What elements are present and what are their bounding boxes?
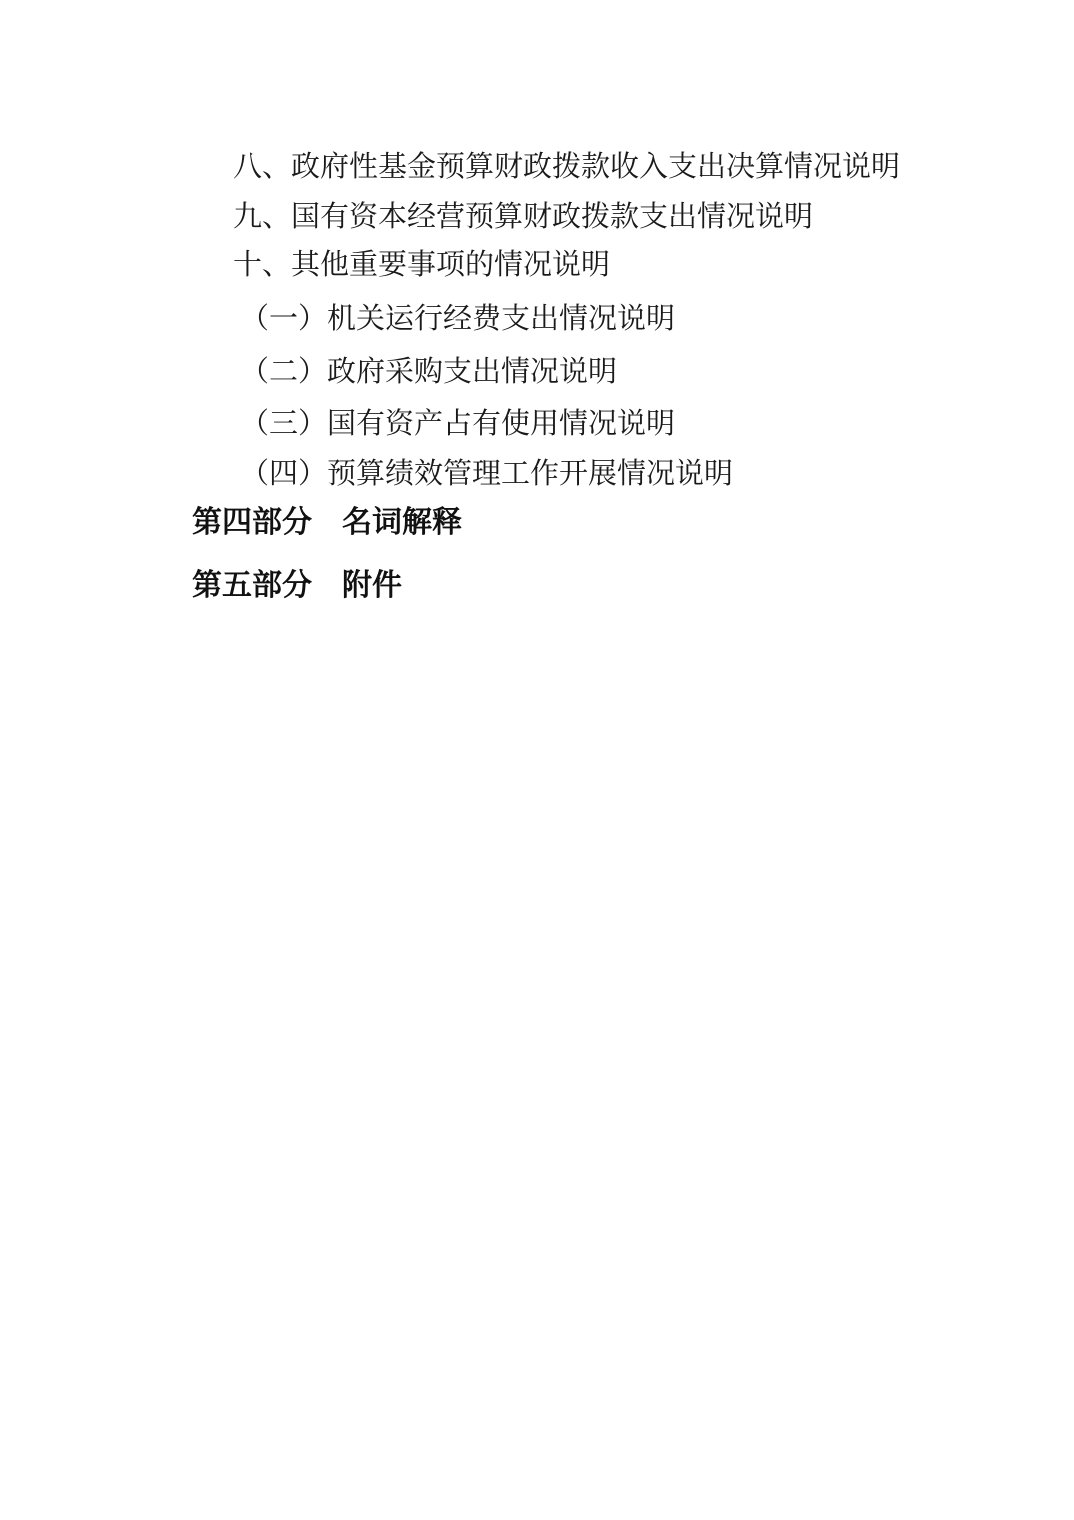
section-heading-part4: 第四部分 名词解释	[192, 503, 462, 543]
toc-item-9: 九、国有资本经营预算财政拨款支出情况说明	[233, 198, 813, 236]
toc-item-10: 十、其他重要事项的情况说明	[233, 246, 610, 284]
section-heading-part5: 第五部分 附件	[192, 566, 402, 606]
document-page: 八、政府性基金预算财政拨款收入支出决算情况说明 九、国有资本经营预算财政拨款支出…	[0, 0, 1074, 1520]
toc-subitem-1: （一）机关运行经费支出情况说明	[240, 300, 675, 338]
toc-subitem-2: （二）政府采购支出情况说明	[240, 353, 617, 391]
toc-subitem-3: （三）国有资产占有使用情况说明	[240, 405, 675, 443]
toc-item-8: 八、政府性基金预算财政拨款收入支出决算情况说明	[233, 148, 900, 186]
toc-subitem-4: （四）预算绩效管理工作开展情况说明	[240, 455, 733, 493]
